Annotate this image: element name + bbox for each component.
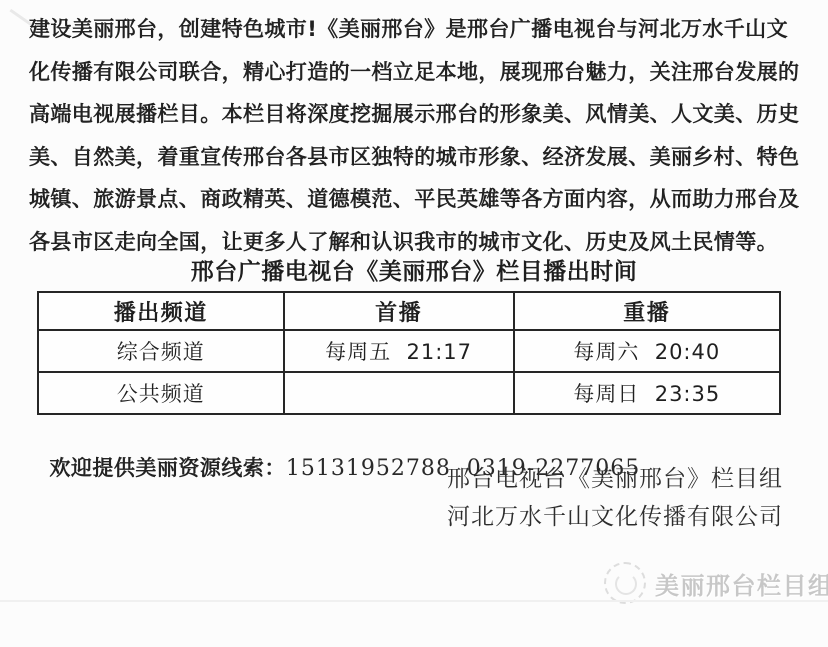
cell-channel: 公共频道 [38, 372, 284, 414]
schedule-title: 邢台广播电视台《美丽邢台》栏目播出时间 [0, 256, 828, 288]
intro-line: 美、自然美，着重宣传邢台各县市区独特的城市形象、经济发展、美丽乡村、特色 [29, 136, 804, 179]
cell-first-air: 每周五 21:17 [284, 330, 514, 372]
intro-line: 建设美丽邢台，创建特色城市!《美丽邢台》是邢台广播电视台与河北万水千山文 [29, 8, 804, 51]
watermark-label: 美丽邢台栏目组 [655, 566, 828, 601]
scan-artifact-line [0, 600, 828, 602]
table-header-row: 播出频道 首播 重播 [38, 292, 780, 330]
signature-program-group: 邢台电视台《美丽邢台》栏目组 [447, 461, 783, 499]
contact-label: 欢迎提供美丽资源线索： [49, 456, 286, 480]
table-header-channel: 播出频道 [38, 292, 284, 330]
contact-line: 欢迎提供美丽资源线索：15131952788 0319-2277065 [29, 423, 640, 453]
intro-line: 化传播有限公司联合，精心打造的一档立足本地，展现邢台魅力，关注邢台发展的 [29, 51, 804, 94]
signature-company: 河北万水千山文化传播有限公司 [447, 499, 783, 537]
intro-paragraph: 建设美丽邢台，创建特色城市!《美丽邢台》是邢台广播电视台与河北万水千山文 化传播… [29, 8, 804, 263]
cell-rerun: 每周日 23:35 [514, 372, 780, 414]
table-header-rerun: 重播 [514, 292, 780, 330]
cell-first-air [284, 372, 514, 414]
schedule-table: 播出频道 首播 重播 综合频道 每周五 21:17 每周六 20:40 公共频道… [37, 291, 781, 415]
watermark: 美丽邢台栏目组 [604, 562, 828, 604]
signature-block: 邢台电视台《美丽邢台》栏目组 河北万水千山文化传播有限公司 [447, 461, 783, 536]
table-row: 综合频道 每周五 21:17 每周六 20:40 [38, 330, 780, 372]
document-page: 建设美丽邢台，创建特色城市!《美丽邢台》是邢台广播电视台与河北万水千山文 化传播… [0, 0, 828, 647]
table-header-first-air: 首播 [284, 292, 514, 330]
watermark-logo-icon [604, 562, 646, 604]
table-row: 公共频道 每周日 23:35 [38, 372, 780, 414]
intro-line: 城镇、旅游景点、商政精英、道德模范、平民英雄等各方面内容，从而助力邢台及 [29, 178, 804, 221]
cell-channel: 综合频道 [38, 330, 284, 372]
intro-line: 高端电视展播栏目。本栏目将深度挖掘展示邢台的形象美、风情美、人文美、历史 [29, 93, 804, 136]
cell-rerun: 每周六 20:40 [514, 330, 780, 372]
